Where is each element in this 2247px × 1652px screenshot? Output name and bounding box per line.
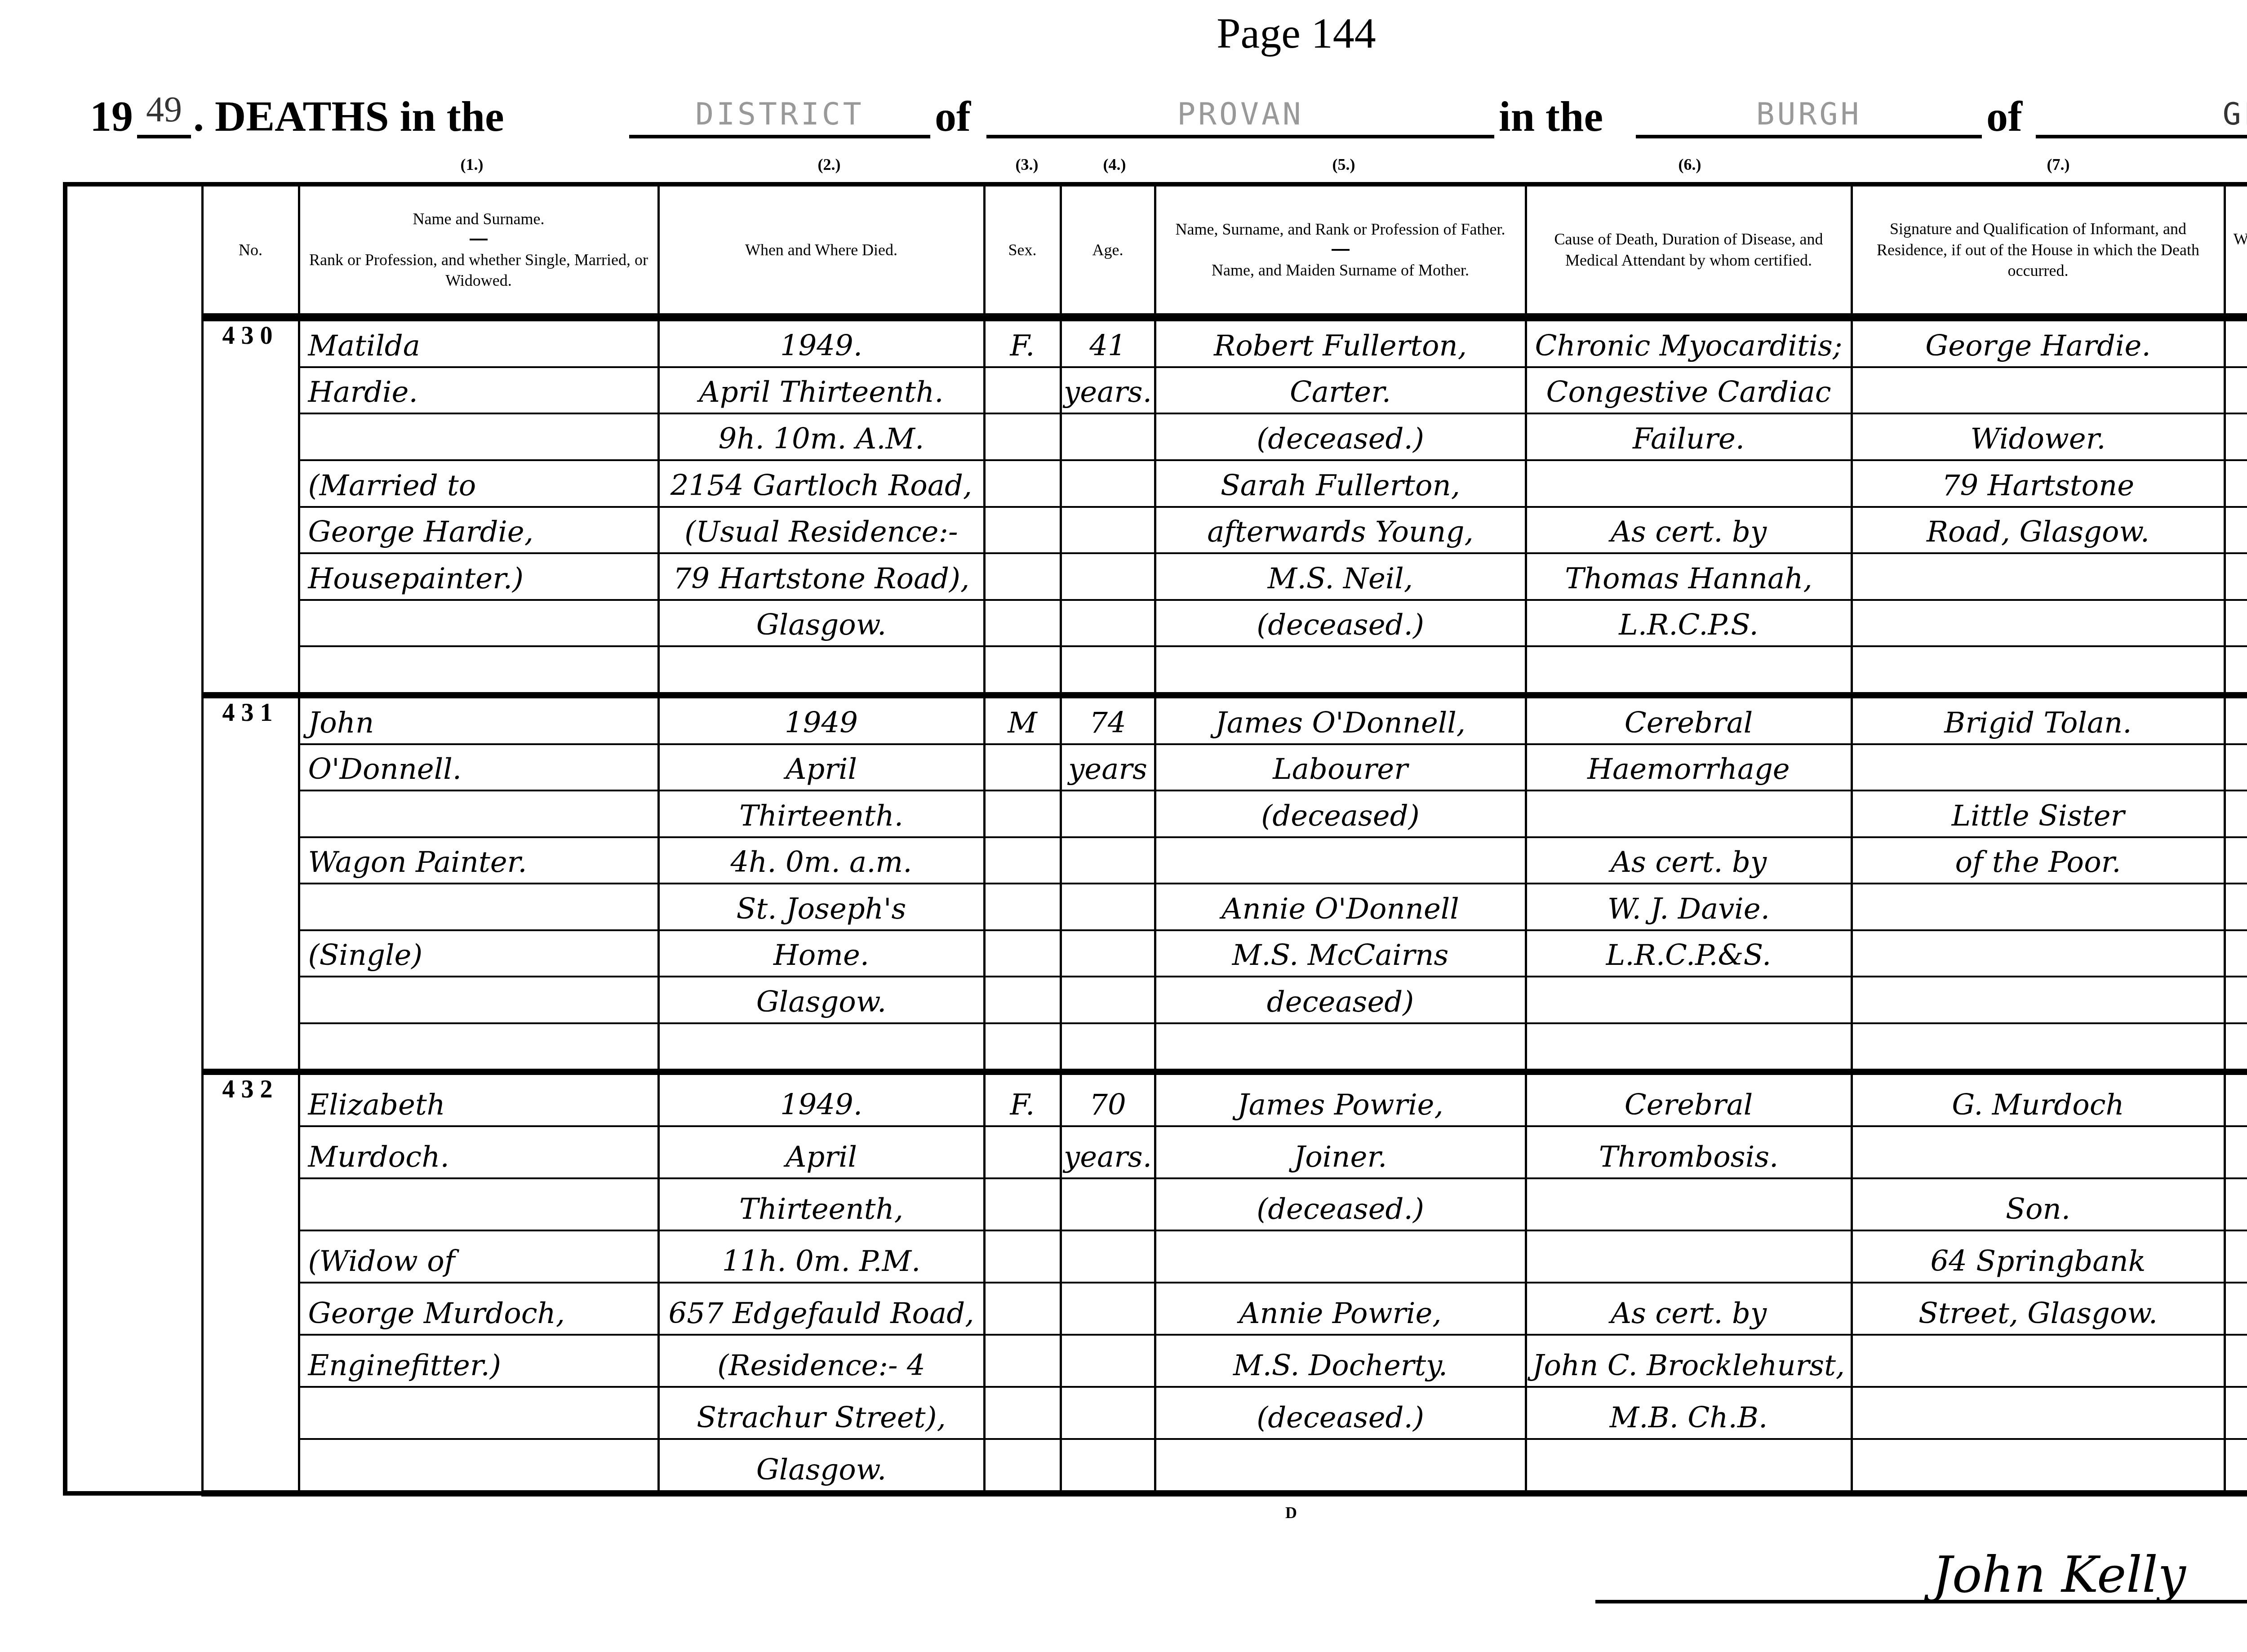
margin-cell xyxy=(65,317,202,695)
handwritten-line xyxy=(1062,1440,1154,1490)
margin-column xyxy=(65,184,202,317)
burgh-field: BURGH xyxy=(1636,90,1982,138)
handwritten-line: 70 xyxy=(1062,1075,1154,1127)
handwritten-line: deceased) xyxy=(1156,977,1525,1024)
handwritten-line xyxy=(986,1283,1060,1336)
registered-cell: 1949. April 13th. AtGlasgow. R. Clelland… xyxy=(2225,317,2247,695)
handwritten-line xyxy=(1062,1179,1154,1231)
registrar-signature: R. Clelland, xyxy=(2226,1283,2247,1336)
handwritten-line xyxy=(300,414,657,461)
page-number: Page 144 xyxy=(0,8,2247,58)
handwritten-line xyxy=(300,1024,657,1069)
handwritten-line xyxy=(300,791,657,838)
cause-cell: Chronic Myocarditis;Congestive CardiacFa… xyxy=(1526,317,1852,695)
handwritten-line: of the Poor. xyxy=(1853,838,2224,885)
handwritten-line xyxy=(986,1024,1060,1069)
column-number: (2.) xyxy=(818,155,841,174)
register-entry: 430 MatildaHardie.(Married toGeorge Hard… xyxy=(65,317,2247,695)
handwritten-line xyxy=(300,1388,657,1440)
handwritten-line: 64 Springbank xyxy=(1853,1231,2224,1283)
handwritten-line: James Powrie, xyxy=(1156,1075,1525,1127)
when-where-cell: 1949.April Thirteenth.9h. 10m. A.M.2154 … xyxy=(658,317,984,695)
handwritten-line: Glasgow. xyxy=(660,601,983,648)
handwritten-line: Robert Fullerton, xyxy=(1156,321,1525,368)
handwritten-line xyxy=(1062,931,1154,978)
handwritten-line: M.S. Neil, xyxy=(1156,554,1525,601)
handwritten-line: Road, Glasgow. xyxy=(1853,508,2224,555)
handwritten-line: Cerebral xyxy=(1527,698,1851,745)
header-parents-bottom: Name, and Maiden Surname of Mother. xyxy=(1212,261,1469,279)
handwritten-line: Congestive Cardiac xyxy=(1527,368,1851,415)
registrar-initials: J.K. Reg. xyxy=(2226,1388,2247,1440)
handwritten-line: (Residence:- 4 xyxy=(660,1336,983,1388)
handwritten-line: (Married to xyxy=(300,461,657,508)
parents-lines: James O'Donnell,Labourer(deceased)Annie … xyxy=(1156,698,1525,1069)
handwritten-line: Hardie. xyxy=(300,368,657,415)
registered-lines: 1949. April 13th. AtGlasgow John Kelly R… xyxy=(2226,698,2247,1069)
registrar-signature: R. Clelland, xyxy=(2226,508,2247,555)
when-where-lines: 1949.AprilThirteenth,11h. 0m. P.M.657 Ed… xyxy=(660,1075,983,1490)
handwritten-line: 1949. xyxy=(660,1075,983,1127)
when-where-lines: 1949AprilThirteenth.4h. 0m. a.m.St. Jose… xyxy=(660,698,983,1069)
column-number: (1.) xyxy=(461,155,484,174)
handwritten-line: 79 Hartstone xyxy=(1853,461,2224,508)
page-mark: D xyxy=(1285,1503,1297,1522)
when-where-cell: 1949AprilThirteenth.4h. 0m. a.m.St. Jose… xyxy=(658,695,984,1072)
handwritten-line xyxy=(986,647,1060,692)
handwritten-line: (deceased.) xyxy=(1156,1388,1525,1440)
handwritten-line: L.R.C.P.S. xyxy=(1527,601,1851,648)
header-no: No. xyxy=(202,184,299,317)
parents-cell: Robert Fullerton,Carter.(deceased.)Sarah… xyxy=(1155,317,1526,695)
handwritten-line: Annie Powrie, xyxy=(1156,1283,1525,1336)
registrar-signature: John Kelly xyxy=(2226,884,2247,931)
registered-lines: 1949. April 13th. AtGlasgow. R. Clelland… xyxy=(2226,321,2247,692)
handwritten-line: Thomas Hannah, xyxy=(1527,554,1851,601)
register-entry: 432 ElizabethMurdoch.(Widow ofGeorge Mur… xyxy=(65,1072,2247,1493)
handwritten-line: (deceased) xyxy=(1156,791,1525,838)
handwritten-line: Brigid Tolan. xyxy=(1853,698,2224,745)
handwritten-line: (Usual Residence:- xyxy=(660,508,983,555)
handwritten-line: As cert. by xyxy=(1527,1283,1851,1336)
handwritten-line: G. Murdoch xyxy=(1853,1075,2224,1127)
handwritten-line xyxy=(986,745,1060,792)
register-heading: 19 49 . DEATHS in the DISTRICT of PROVAN… xyxy=(90,90,2247,148)
handwritten-line xyxy=(1853,1127,2224,1179)
handwritten-line xyxy=(986,1388,1060,1440)
handwritten-line: (deceased.) xyxy=(1156,601,1525,648)
registered-date: April 14th. xyxy=(2226,1127,2247,1179)
registered-lines: 1949. April 14th. AtGlasgow. R. Clelland… xyxy=(2226,1075,2247,1490)
handwritten-line xyxy=(1527,1440,1851,1490)
informant-cell: G. MurdochSon.64 SpringbankStreet, Glasg… xyxy=(1852,1072,2225,1493)
of-label-1: of xyxy=(935,91,971,141)
handwritten-line xyxy=(1062,1336,1154,1388)
handwritten-line: Elizabeth xyxy=(300,1075,657,1127)
registrar-initials xyxy=(2226,977,2247,1024)
registered-place: AtGlasgow. xyxy=(2226,1179,2247,1231)
entry-number: 432 xyxy=(202,1072,299,1493)
sex-cell: F. xyxy=(984,317,1061,695)
registered-blank xyxy=(2226,1024,2247,1069)
handwritten-line xyxy=(1062,791,1154,838)
handwritten-line: years xyxy=(1062,745,1154,792)
column-number: (7.) xyxy=(2047,155,2070,174)
burgh-name-field: GLASGOW xyxy=(2036,90,2247,138)
registered-cell: 1949. April 13th. AtGlasgow John Kelly R… xyxy=(2225,695,2247,1072)
handwritten-line: George Hardie. xyxy=(1853,321,2224,368)
handwritten-line: 2154 Gartloch Road, xyxy=(660,461,983,508)
handwritten-line: George Hardie, xyxy=(300,508,657,555)
handwritten-line xyxy=(986,554,1060,601)
handwritten-line xyxy=(986,977,1060,1024)
handwritten-line: April xyxy=(660,745,983,792)
handwritten-line xyxy=(986,508,1060,555)
registered-year: 1949. xyxy=(2226,698,2247,745)
handwritten-line: 41 xyxy=(1062,321,1154,368)
handwritten-line: (deceased.) xyxy=(1156,1179,1525,1231)
handwritten-line: April Thirteenth. xyxy=(660,368,983,415)
handwritten-line: Strachur Street), xyxy=(660,1388,983,1440)
header-divider xyxy=(470,239,488,240)
parents-lines: James Powrie,Joiner.(deceased.)Annie Pow… xyxy=(1156,1075,1525,1490)
age-cell: 41years. xyxy=(1061,317,1155,695)
registered-blank xyxy=(2226,838,2247,885)
handwritten-line xyxy=(660,647,983,692)
handwritten-line xyxy=(986,1336,1060,1388)
header-informant: Signature and Qualification of Informant… xyxy=(1852,184,2225,317)
column-number: (4.) xyxy=(1103,155,1126,174)
handwritten-line: Chronic Myocarditis; xyxy=(1527,321,1851,368)
header-divider xyxy=(1332,249,1350,251)
registered-blank xyxy=(2226,1440,2247,1490)
cause-cell: CerebralThrombosis.As cert. byJohn C. Br… xyxy=(1526,1072,1852,1493)
handwritten-line: afterwards Young, xyxy=(1156,508,1525,555)
district-name-field: PROVAN xyxy=(986,90,1494,138)
handwritten-line: Annie O'Donnell xyxy=(1156,884,1525,931)
registered-date: April 13th. xyxy=(2226,368,2247,415)
handwritten-line: Glasgow. xyxy=(660,977,983,1024)
parents-cell: James O'Donnell,Labourer(deceased)Annie … xyxy=(1155,695,1526,1072)
column-number: (3.) xyxy=(1016,155,1039,174)
handwritten-line: Housepainter.) xyxy=(300,554,657,601)
handwritten-line xyxy=(1527,791,1851,838)
handwritten-line: Murdoch. xyxy=(300,1127,657,1179)
register-entry: 431 JohnO'Donnell.Wagon Painter.(Single)… xyxy=(65,695,2247,1072)
handwritten-line: years. xyxy=(1062,368,1154,415)
name-lines: MatildaHardie.(Married toGeorge Hardie,H… xyxy=(300,321,657,692)
sex-lines: F. xyxy=(986,1075,1060,1490)
registered-cell: 1949. April 14th. AtGlasgow. R. Clelland… xyxy=(2225,1072,2247,1493)
registrar-title: AssistantRegistrar. xyxy=(2226,1336,2247,1388)
handwritten-line xyxy=(1062,1283,1154,1336)
handwritten-line: years. xyxy=(1062,1127,1154,1179)
handwritten-line xyxy=(1853,601,2224,648)
handwritten-line xyxy=(986,461,1060,508)
name-lines: JohnO'Donnell.Wagon Painter.(Single) xyxy=(300,698,657,1069)
handwritten-line xyxy=(1853,1336,2224,1388)
handwritten-line: Little Sister xyxy=(1853,791,2224,838)
handwritten-line xyxy=(1062,414,1154,461)
handwritten-line xyxy=(1062,647,1154,692)
handwritten-line xyxy=(1853,1440,2224,1490)
header-registered: When and where Registered, and Signature… xyxy=(2225,184,2247,317)
death-register-table: No. Name and Surname. Rank or Profession… xyxy=(63,182,2247,1497)
handwritten-line: Enginefitter.) xyxy=(300,1336,657,1388)
handwritten-line xyxy=(1527,647,1851,692)
header-name: Name and Surname. Rank or Profession, an… xyxy=(299,184,658,317)
column-header-row: No. Name and Surname. Rank or Profession… xyxy=(65,184,2247,317)
column-number: (6.) xyxy=(1679,155,1701,174)
registered-blank xyxy=(2226,1231,2247,1283)
handwritten-line xyxy=(300,1440,657,1490)
handwritten-line: Carter. xyxy=(1156,368,1525,415)
name-cell: JohnO'Donnell.Wagon Painter.(Single) xyxy=(299,695,658,1072)
handwritten-line: April xyxy=(660,1127,983,1179)
handwritten-line xyxy=(1527,1024,1851,1069)
handwritten-line xyxy=(1853,977,2224,1024)
handwritten-line xyxy=(1527,1231,1851,1283)
handwritten-line: Matilda xyxy=(300,321,657,368)
of-label-2: of xyxy=(1986,91,2022,141)
registered-year: 1949. xyxy=(2226,1075,2247,1127)
handwritten-line: F. xyxy=(986,321,1060,368)
handwritten-line xyxy=(1853,554,2224,601)
handwritten-line: Son. xyxy=(1853,1179,2224,1231)
header-name-bottom: Rank or Profession, and whether Single, … xyxy=(309,251,648,290)
handwritten-line xyxy=(1062,884,1154,931)
sex-cell: F. xyxy=(984,1072,1061,1493)
handwritten-line: Home. xyxy=(660,931,983,978)
handwritten-line: (Single) xyxy=(300,931,657,978)
handwritten-line: Thrombosis. xyxy=(1527,1127,1851,1179)
handwritten-line: Sarah Fullerton, xyxy=(1156,461,1525,508)
handwritten-line xyxy=(1156,1440,1525,1490)
header-cause: Cause of Death, Duration of Disease, and… xyxy=(1526,184,1852,317)
handwritten-line xyxy=(1156,1231,1525,1283)
registered-blank xyxy=(2226,461,2247,508)
handwritten-line: (Widow of xyxy=(300,1231,657,1283)
handwritten-line xyxy=(986,884,1060,931)
handwritten-line xyxy=(1853,884,2224,931)
handwritten-line: 74 xyxy=(1062,698,1154,745)
handwritten-line: Labourer xyxy=(1156,745,1525,792)
cause-cell: CerebralHaemorrhageAs cert. byW. J. Davi… xyxy=(1526,695,1852,1072)
handwritten-line: John C. Brocklehurst, xyxy=(1527,1336,1851,1388)
cause-lines: Chronic Myocarditis;Congestive CardiacFa… xyxy=(1527,321,1851,692)
handwritten-line xyxy=(986,1127,1060,1179)
header-name-top: Name and Surname. xyxy=(413,210,545,228)
when-where-cell: 1949.AprilThirteenth,11h. 0m. P.M.657 Ed… xyxy=(658,1072,984,1493)
sex-lines: F. xyxy=(986,321,1060,692)
handwritten-line: Haemorrhage xyxy=(1527,745,1851,792)
handwritten-line xyxy=(1062,1231,1154,1283)
cause-lines: CerebralHaemorrhageAs cert. byW. J. Davi… xyxy=(1527,698,1851,1069)
handwritten-line xyxy=(1062,461,1154,508)
informant-lines: George Hardie.Widower.79 HartstoneRoad, … xyxy=(1853,321,2224,692)
age-cell: 74years xyxy=(1061,695,1155,1072)
handwritten-line xyxy=(660,1024,983,1069)
handwritten-line: 1949. xyxy=(660,321,983,368)
handwritten-line: Wagon Painter. xyxy=(300,838,657,885)
handwritten-line: 79 Hartstone Road), xyxy=(660,554,983,601)
handwritten-line xyxy=(300,977,657,1024)
handwritten-line: Failure. xyxy=(1527,414,1851,461)
margin-cell xyxy=(65,695,202,1072)
handwritten-line xyxy=(1853,1388,2224,1440)
sex-cell: M xyxy=(984,695,1061,1072)
handwritten-line: St. Joseph's xyxy=(660,884,983,931)
registered-place: AtGlasgow. xyxy=(2226,414,2247,461)
header-when-where: When and Where Died. xyxy=(658,184,984,317)
registered-year: 1949. xyxy=(2226,321,2247,368)
handwritten-line xyxy=(1853,368,2224,415)
registrar-signature-footer: John Kelly xyxy=(1932,1546,2186,1603)
handwritten-line xyxy=(986,838,1060,885)
handwritten-line xyxy=(1156,647,1525,692)
year-prefix: 19 xyxy=(90,91,133,141)
handwritten-line: (deceased.) xyxy=(1156,414,1525,461)
handwritten-line: James O'Donnell, xyxy=(1156,698,1525,745)
handwritten-line: Cerebral xyxy=(1527,1075,1851,1127)
handwritten-line xyxy=(1062,554,1154,601)
informant-cell: George Hardie.Widower.79 HartstoneRoad, … xyxy=(1852,317,2225,695)
handwritten-line xyxy=(986,791,1060,838)
header-parents-top: Name, Surname, and Rank or Profession of… xyxy=(1176,220,1505,238)
handwritten-line xyxy=(1853,745,2224,792)
when-where-lines: 1949.April Thirteenth.9h. 10m. A.M.2154 … xyxy=(660,321,983,692)
handwritten-line xyxy=(1527,1179,1851,1231)
handwritten-line: M.B. Ch.B. xyxy=(1527,1388,1851,1440)
handwritten-line xyxy=(1853,1024,2224,1069)
handwritten-line xyxy=(300,1179,657,1231)
handwritten-line: Glasgow. xyxy=(660,1440,983,1490)
handwritten-line xyxy=(1062,1388,1154,1440)
age-lines: 74years xyxy=(1062,698,1154,1069)
handwritten-line xyxy=(1062,601,1154,648)
handwritten-line xyxy=(1156,1024,1525,1069)
handwritten-line xyxy=(1156,838,1525,885)
deaths-in-the-label: . DEATHS in the xyxy=(193,91,504,141)
handwritten-line: Widower. xyxy=(1853,414,2224,461)
handwritten-line xyxy=(1853,931,2224,978)
handwritten-line xyxy=(1527,461,1851,508)
handwritten-line xyxy=(986,368,1060,415)
handwritten-line xyxy=(986,1440,1060,1490)
registrar-initials: J.K. Reg. xyxy=(2226,601,2247,648)
handwritten-line: 1949 xyxy=(660,698,983,745)
handwritten-line: M.S. Docherty. xyxy=(1156,1336,1525,1388)
handwritten-line: L.R.C.P.&S. xyxy=(1527,931,1851,978)
handwritten-line xyxy=(1062,838,1154,885)
registered-place: AtGlasgow xyxy=(2226,791,2247,838)
name-lines: ElizabethMurdoch.(Widow ofGeorge Murdoch… xyxy=(300,1075,657,1490)
cause-lines: CerebralThrombosis.As cert. byJohn C. Br… xyxy=(1527,1075,1851,1490)
column-numbers: (1.) (2.) (3.) (4.) (5.) (6.) (7.) (8.) xyxy=(0,155,2247,178)
handwritten-line: As cert. by xyxy=(1527,838,1851,885)
margin-cell xyxy=(65,1072,202,1493)
handwritten-line xyxy=(986,601,1060,648)
handwritten-line xyxy=(986,1231,1060,1283)
entry-number: 430 xyxy=(202,317,299,695)
handwritten-line: M xyxy=(986,698,1060,745)
handwritten-line xyxy=(986,931,1060,978)
header-sex: Sex. xyxy=(984,184,1061,317)
header-parents: Name, Surname, and Rank or Profession of… xyxy=(1155,184,1526,317)
handwritten-line: F. xyxy=(986,1075,1060,1127)
handwritten-line: John xyxy=(300,698,657,745)
handwritten-line xyxy=(300,884,657,931)
entry-number: 431 xyxy=(202,695,299,1072)
age-lines: 70years. xyxy=(1062,1075,1154,1490)
handwritten-line xyxy=(1853,647,2224,692)
handwritten-line: 9h. 10m. A.M. xyxy=(660,414,983,461)
handwritten-line xyxy=(986,414,1060,461)
header-age: Age. xyxy=(1061,184,1155,317)
handwritten-line xyxy=(300,647,657,692)
year-field: 49 xyxy=(137,81,191,138)
column-number: (5.) xyxy=(1332,155,1355,174)
handwritten-line xyxy=(1062,508,1154,555)
handwritten-line xyxy=(1527,977,1851,1024)
handwritten-line: W. J. Davie. xyxy=(1527,884,1851,931)
handwritten-line: Joiner. xyxy=(1156,1127,1525,1179)
handwritten-line: As cert. by xyxy=(1527,508,1851,555)
handwritten-line: 657 Edgefauld Road, xyxy=(660,1283,983,1336)
informant-lines: Brigid Tolan.Little Sisterof the Poor. xyxy=(1853,698,2224,1069)
registrar-title: AssistantRegistrar. xyxy=(2226,554,2247,601)
age-cell: 70years. xyxy=(1061,1072,1155,1493)
parents-lines: Robert Fullerton,Carter.(deceased.)Sarah… xyxy=(1156,321,1525,692)
sex-lines: M xyxy=(986,698,1060,1069)
registrar-title: Registrar. xyxy=(2226,931,2247,978)
district-field: DISTRICT xyxy=(629,90,930,138)
handwritten-line xyxy=(986,1179,1060,1231)
parents-cell: James Powrie,Joiner.(deceased.)Annie Pow… xyxy=(1155,1072,1526,1493)
handwritten-line: Thirteenth. xyxy=(660,791,983,838)
name-cell: MatildaHardie.(Married toGeorge Hardie,H… xyxy=(299,317,658,695)
age-lines: 41years. xyxy=(1062,321,1154,692)
handwritten-line: George Murdoch, xyxy=(300,1283,657,1336)
handwritten-line: Thirteenth, xyxy=(660,1179,983,1231)
handwritten-line: 11h. 0m. P.M. xyxy=(660,1231,983,1283)
registered-date: April 13th. xyxy=(2226,745,2247,792)
handwritten-line xyxy=(1062,977,1154,1024)
informant-lines: G. MurdochSon.64 SpringbankStreet, Glasg… xyxy=(1853,1075,2224,1490)
registered-blank xyxy=(2226,647,2247,692)
in-the-label: in the xyxy=(1499,91,1603,141)
handwritten-line xyxy=(300,601,657,648)
handwritten-line: 4h. 0m. a.m. xyxy=(660,838,983,885)
informant-cell: Brigid Tolan.Little Sisterof the Poor. xyxy=(1852,695,2225,1072)
handwritten-line: O'Donnell. xyxy=(300,745,657,792)
handwritten-line: Street, Glasgow. xyxy=(1853,1283,2224,1336)
name-cell: ElizabethMurdoch.(Widow ofGeorge Murdoch… xyxy=(299,1072,658,1493)
handwritten-line xyxy=(1062,1024,1154,1069)
handwritten-line: M.S. McCairns xyxy=(1156,931,1525,978)
